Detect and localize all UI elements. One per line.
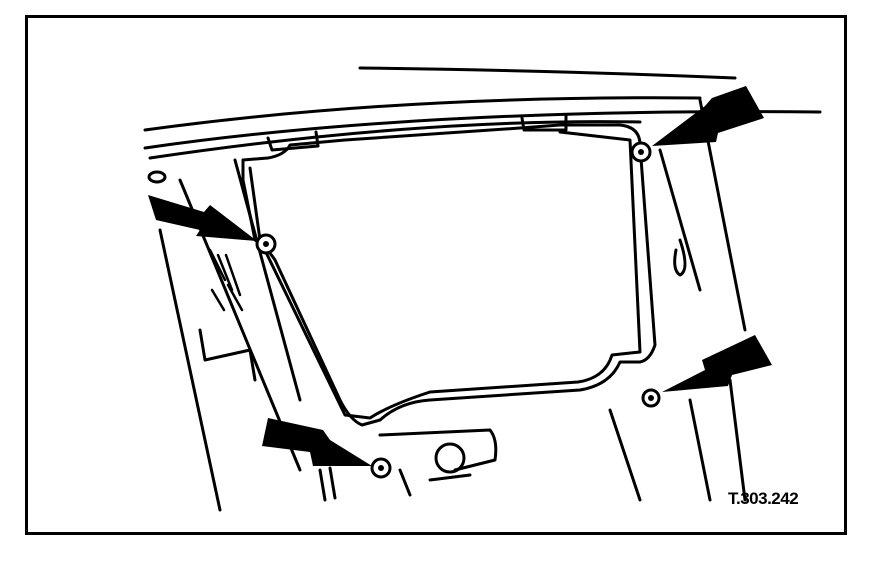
right-pillar-5 — [730, 380, 745, 500]
right-hook — [675, 240, 685, 275]
panel-outline — [243, 125, 655, 425]
left-pillar-1 — [160, 230, 220, 510]
left-pillar-3 — [235, 160, 300, 400]
arrow-bottom-icon — [262, 418, 372, 466]
right-pillar-1 — [660, 150, 700, 290]
arrow-top-right-icon — [652, 86, 764, 146]
bottom-round-part — [436, 444, 464, 472]
mounting-diagram — [0, 0, 880, 564]
right-pillar-4 — [610, 410, 640, 500]
panel-inner — [250, 132, 640, 418]
right-pillar-3 — [690, 400, 710, 500]
arrow-left-icon — [148, 195, 257, 241]
arrow-right-lower-icon — [662, 335, 772, 392]
top-rail-1 — [360, 68, 735, 78]
left-marks — [210, 250, 242, 310]
reference-code: T.303.242 — [728, 489, 798, 509]
left-hole — [149, 172, 165, 182]
